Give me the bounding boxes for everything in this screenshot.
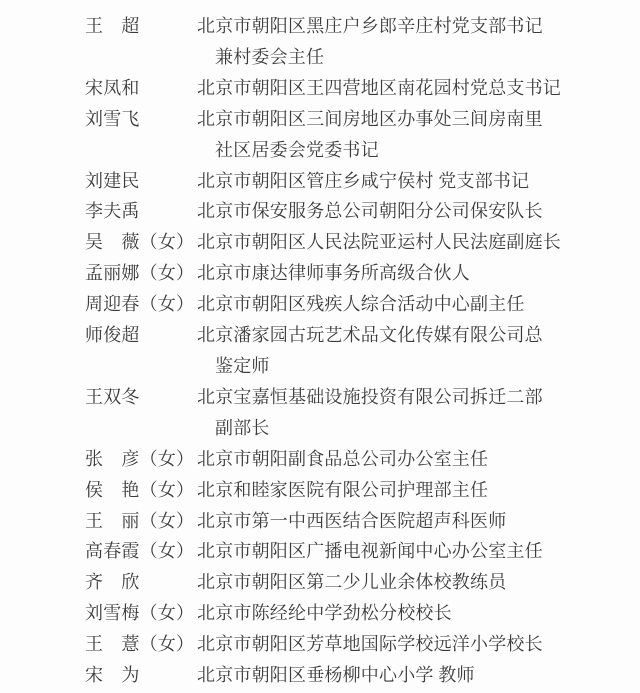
person-name: 刘雪梅（女）	[85, 598, 197, 629]
person-name: 侯 艳（女）	[85, 475, 197, 506]
list-item: 宋 为 北京市朝阳区垂杨柳中心小学 教师	[85, 660, 640, 691]
person-title-line: 北京市朝阳区管庄乡咸宁侯村 党支部书记	[197, 166, 640, 197]
person-name: 宋 为	[85, 660, 197, 691]
person-name: 齐 欣	[85, 567, 197, 598]
person-title: 北京市第一中西医结合医院超声科医师	[197, 506, 640, 537]
person-title-line: 北京市朝阳副食品总公司办公室主任	[197, 444, 640, 475]
list-item: 吴 薇（女） 北京市朝阳区人民法院亚运村人民法庭副庭长	[85, 227, 640, 258]
person-title: 北京市朝阳区人民法院亚运村人民法庭副庭长	[197, 227, 640, 258]
person-title-line: 北京市第一中西医结合医院超声科医师	[197, 506, 640, 537]
person-title-line: 北京市朝阳区黑庄户乡郎辛庄村党支部书记	[197, 11, 640, 42]
person-name: 张 彦（女）	[85, 444, 197, 475]
person-title-line: 兼村委会主任	[197, 42, 640, 73]
person-title: 北京市朝阳区黑庄户乡郎辛庄村党支部书记兼村委会主任	[197, 11, 640, 73]
list-item: 宋凤和 北京市朝阳区王四营地区南花园村党总支书记	[85, 73, 640, 104]
person-name: 宋凤和	[85, 73, 197, 104]
person-title-line: 北京市朝阳区第二少儿业余体校教练员	[197, 567, 640, 598]
person-title: 北京市朝阳区垂杨柳中心小学 教师	[197, 660, 640, 691]
document-page: 王 超 北京市朝阳区黑庄户乡郎辛庄村党支部书记兼村委会主任 宋凤和 北京市朝阳区…	[0, 0, 640, 693]
person-title-line: 鉴定师	[197, 351, 640, 382]
person-name: 王双冬	[85, 382, 197, 413]
list-item: 高春霞（女） 北京市朝阳区广播电视新闻中心办公室主任	[85, 536, 640, 567]
list-item: 刘雪飞 北京市朝阳区三间房地区办事处三间房南里社区居委会党委书记	[85, 104, 640, 166]
person-name: 刘建民	[85, 166, 197, 197]
list-item: 张 彦（女） 北京市朝阳副食品总公司办公室主任	[85, 444, 640, 475]
person-title-line: 北京宝嘉恒基础设施投资有限公司拆迁二部	[197, 382, 640, 413]
person-name: 孟丽娜（女）	[85, 258, 197, 289]
person-name: 高春霞（女）	[85, 536, 197, 567]
list-item: 王 薏（女） 北京市朝阳区芳草地国际学校远洋小学校长	[85, 629, 640, 660]
list-item: 齐 欣 北京市朝阳区第二少儿业余体校教练员	[85, 567, 640, 598]
person-name: 王 超	[85, 11, 197, 42]
list-item: 侯 艳（女） 北京和睦家医院有限公司护理部主任	[85, 475, 640, 506]
person-title-line: 北京市朝阳区人民法院亚运村人民法庭副庭长	[197, 227, 640, 258]
list-item: 王 超 北京市朝阳区黑庄户乡郎辛庄村党支部书记兼村委会主任	[85, 11, 640, 73]
person-title: 北京市朝阳区第二少儿业余体校教练员	[197, 567, 640, 598]
person-title-line: 北京市保安服务总公司朝阳分公司保安队长	[197, 196, 640, 227]
person-title: 北京潘家园古玩艺术品文化传媒有限公司总鉴定师	[197, 320, 640, 382]
person-name: 李夫禹	[85, 196, 197, 227]
list-item: 王双冬 北京宝嘉恒基础设施投资有限公司拆迁二部副部长	[85, 382, 640, 444]
person-title-line: 北京市朝阳区残疾人综合活动中心副主任	[197, 289, 640, 320]
list-item: 师俊超 北京潘家园古玩艺术品文化传媒有限公司总鉴定师	[85, 320, 640, 382]
person-title: 北京宝嘉恒基础设施投资有限公司拆迁二部副部长	[197, 382, 640, 444]
person-title-line: 北京市朝阳区王四营地区南花园村党总支书记	[197, 73, 640, 104]
list-item: 李夫禹 北京市保安服务总公司朝阳分公司保安队长	[85, 196, 640, 227]
list-item: 孟丽娜（女） 北京市康达律师事务所高级合伙人	[85, 258, 640, 289]
person-title: 北京市保安服务总公司朝阳分公司保安队长	[197, 196, 640, 227]
person-title-line: 北京市朝阳区广播电视新闻中心办公室主任	[197, 536, 640, 567]
person-name: 王 薏（女）	[85, 629, 197, 660]
person-title: 北京市陈经纶中学劲松分校校长	[197, 598, 640, 629]
person-title-line: 北京市康达律师事务所高级合伙人	[197, 258, 640, 289]
person-title-line: 北京市朝阳区三间房地区办事处三间房南里	[197, 104, 640, 135]
person-title: 北京市朝阳区管庄乡咸宁侯村 党支部书记	[197, 166, 640, 197]
person-title-line: 北京和睦家医院有限公司护理部主任	[197, 475, 640, 506]
list-item: 刘雪梅（女） 北京市陈经纶中学劲松分校校长	[85, 598, 640, 629]
person-title: 北京市朝阳区王四营地区南花园村党总支书记	[197, 73, 640, 104]
list-item: 周迎春（女） 北京市朝阳区残疾人综合活动中心副主任	[85, 289, 640, 320]
person-name: 刘雪飞	[85, 104, 197, 135]
person-title: 北京市朝阳副食品总公司办公室主任	[197, 444, 640, 475]
list-item: 刘建民 北京市朝阳区管庄乡咸宁侯村 党支部书记	[85, 166, 640, 197]
person-name: 师俊超	[85, 320, 197, 351]
honor-roll-list: 王 超 北京市朝阳区黑庄户乡郎辛庄村党支部书记兼村委会主任 宋凤和 北京市朝阳区…	[85, 11, 640, 691]
person-title-line: 北京市朝阳区芳草地国际学校远洋小学校长	[197, 629, 640, 660]
person-title: 北京市朝阳区芳草地国际学校远洋小学校长	[197, 629, 640, 660]
person-title-line: 副部长	[197, 413, 640, 444]
person-title-line: 北京市朝阳区垂杨柳中心小学 教师	[197, 660, 640, 691]
person-title: 北京市朝阳区广播电视新闻中心办公室主任	[197, 536, 640, 567]
list-item: 王 丽（女） 北京市第一中西医结合医院超声科医师	[85, 506, 640, 537]
person-title: 北京市朝阳区三间房地区办事处三间房南里社区居委会党委书记	[197, 104, 640, 166]
person-title: 北京和睦家医院有限公司护理部主任	[197, 475, 640, 506]
person-title-line: 北京潘家园古玩艺术品文化传媒有限公司总	[197, 320, 640, 351]
person-title-line: 社区居委会党委书记	[197, 135, 640, 166]
person-name: 王 丽（女）	[85, 506, 197, 537]
person-name: 吴 薇（女）	[85, 227, 197, 258]
person-title-line: 北京市陈经纶中学劲松分校校长	[197, 598, 640, 629]
person-title: 北京市朝阳区残疾人综合活动中心副主任	[197, 289, 640, 320]
person-name: 周迎春（女）	[85, 289, 197, 320]
person-title: 北京市康达律师事务所高级合伙人	[197, 258, 640, 289]
